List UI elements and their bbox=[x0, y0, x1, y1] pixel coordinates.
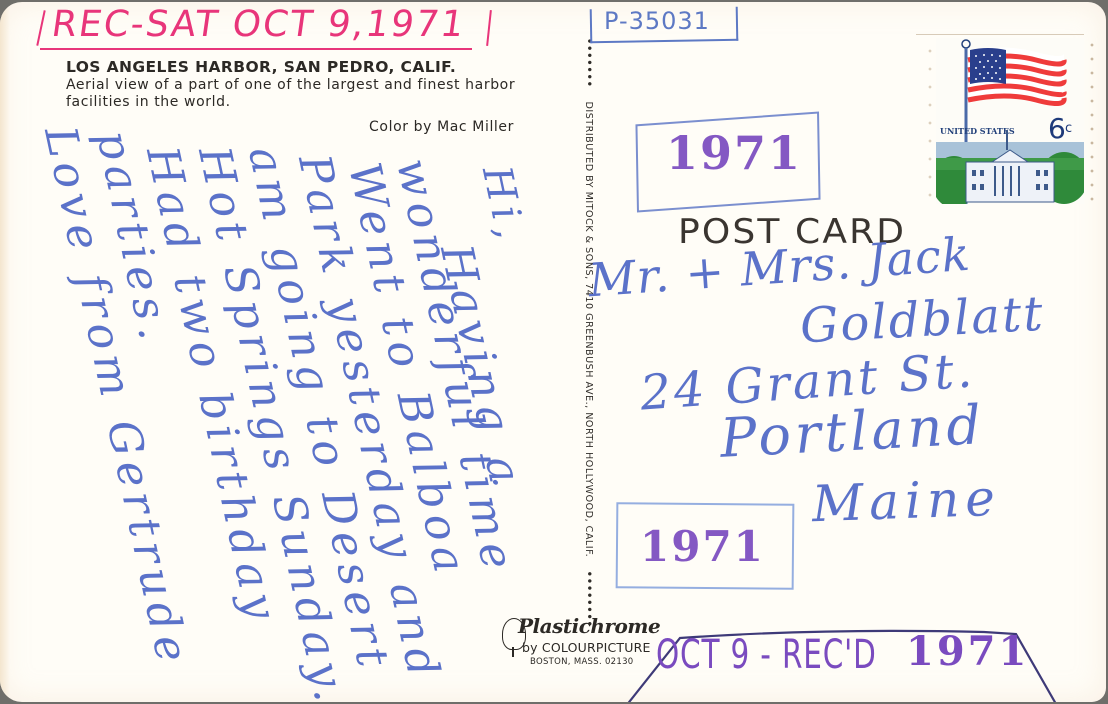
caption-title: LOS ANGELES HARBOR, SAN PEDRO, CALIF. bbox=[66, 58, 516, 76]
postcard-back: REC-SAT OCT 9,1971 LOS ANGELES HARBOR, S… bbox=[0, 2, 1106, 702]
publisher-address: BOSTON, MASS. 02130 bbox=[530, 657, 634, 667]
stamp-edge-line bbox=[916, 34, 1084, 35]
handwritten-message: Hi, Having a wonderful time Went to Balb… bbox=[20, 162, 560, 682]
received-note: REC-SAT OCT 9,1971 bbox=[49, 4, 468, 45]
address-line-city: Portland bbox=[719, 393, 987, 470]
address-line-state: Maine bbox=[811, 469, 1002, 534]
caption-description: Aerial view of a part of one of the larg… bbox=[66, 77, 516, 111]
stamp-perforation-right bbox=[1088, 38, 1096, 204]
distributor-line: ••••••• DISTRIBUTED BY MITOCK & SONS, 74… bbox=[583, 38, 594, 608]
received-stamp-date: OCT 9 - REC'D bbox=[656, 632, 877, 678]
postage-stamp: UNITED STATES 6 c bbox=[936, 38, 1084, 204]
svg-text:UNITED STATES: UNITED STATES bbox=[940, 126, 1015, 136]
catalog-id: P-35031 bbox=[604, 7, 710, 35]
stamp-perforation-left bbox=[926, 42, 934, 202]
address-line-surname: Goldblatt bbox=[799, 286, 1046, 355]
caption-block: LOS ANGELES HARBOR, SAN PEDRO, CALIF. Ae… bbox=[66, 58, 516, 135]
svg-text:6: 6 bbox=[1048, 112, 1066, 145]
year-stamp-top: 1971 bbox=[666, 126, 802, 180]
received-stamp-year: 1971 bbox=[906, 628, 1029, 675]
distributor-text: DISTRIBUTED BY MITOCK & SONS, 7410 GREEN… bbox=[583, 102, 594, 558]
divider-distributor: ••••••• DISTRIBUTED BY MITOCK & SONS, 74… bbox=[574, 38, 594, 608]
message-line: Hi, bbox=[473, 162, 534, 248]
year-stamp-bottom: 1971 bbox=[640, 522, 765, 571]
flag-white-house-icon: UNITED STATES 6 c bbox=[936, 38, 1084, 204]
dots-decoration: ••••••• bbox=[583, 38, 594, 88]
svg-text:c: c bbox=[1065, 121, 1072, 136]
